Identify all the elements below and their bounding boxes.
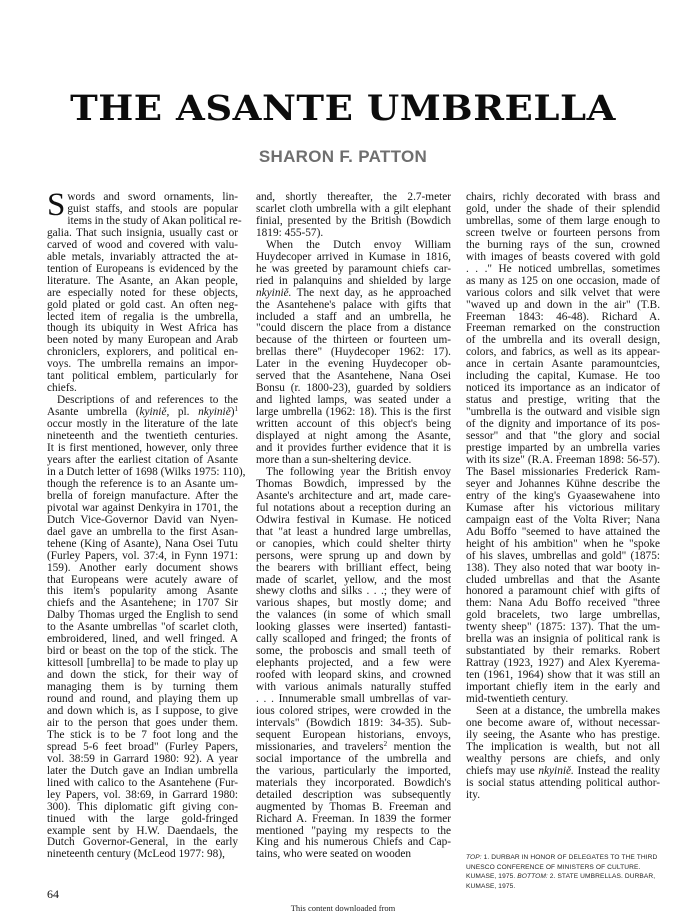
text-line: The implication is wealth, but not all xyxy=(466,742,660,754)
text-line: Adu Boffo "seemed to have attained the xyxy=(466,527,660,539)
text-line: tinued with the large gold-fringed xyxy=(47,814,238,826)
text-line: augmented by Thomas B. Freeman and xyxy=(256,802,451,814)
text-line: Huydecoper arrived in Kumase in 1816, xyxy=(256,252,451,264)
article-author: SHARON F. PATTON xyxy=(0,147,686,167)
text-line: spread 5-6 feet broad" (Furley Papers, xyxy=(47,742,238,754)
text-line: ley Papers, vol. 38:69, in Garrard 1980: xyxy=(47,790,238,802)
text-line: he was greeted by paramount chiefs car- xyxy=(256,264,451,276)
text-line: Richard A. Freeman. In 1839 the former xyxy=(256,814,451,826)
text-line: the Asantehene's palace with gifts that xyxy=(256,300,451,312)
text-line: entry of the king's Gyaasewahene into xyxy=(466,491,660,503)
figure-caption: TOP: 1. DURBAR IN HONOR OF DELEGATES TO … xyxy=(466,853,662,891)
text-line: . . ." He noticed umbrellas, sometimes xyxy=(466,264,660,276)
text-line: (Furley Papers, vol. 37:4, in Fynn 1971: xyxy=(47,551,238,563)
text-line: 138). They also noted that war booty in- xyxy=(466,563,660,575)
text-line: detailed description was subsequently xyxy=(256,790,451,802)
text-line: are especially noted for these objects, xyxy=(47,288,238,300)
text-line: Odwira festival in Kumase. He noticed xyxy=(256,515,451,527)
text-line: Asante's architecture and art, made care… xyxy=(256,491,451,503)
text-line: carved of wood and covered with valu- xyxy=(47,240,238,252)
text-line: later the Dutch gave an Indian umbrella xyxy=(47,766,238,778)
drop-cap: S xyxy=(47,193,65,217)
text-line: brella of foreign manufacture. After the xyxy=(47,491,238,503)
text-line: materials they incorporated. Bowdich's xyxy=(256,778,451,790)
text-line: Kumase after his victorious military xyxy=(466,503,660,515)
text-line: "waved up and down in the air" (T.B. xyxy=(466,300,660,312)
caption-top-label: TOP: xyxy=(466,854,482,861)
text-line: dael gave an umbrella to the first Asan- xyxy=(47,527,238,539)
text-line: 159). Another early document shows xyxy=(47,563,238,575)
text-column-1: S words and sword ornaments, lin-guist s… xyxy=(47,192,238,861)
column-lines: words and sword ornaments, lin-guist sta… xyxy=(47,192,238,861)
caption-bottom-label: BOTTOM: xyxy=(517,873,548,880)
text-line: various colors and silk velvet that were xyxy=(466,288,660,300)
text-line: campaign east of the Volta River; Nana xyxy=(466,515,660,527)
text-line: pivotal war against Denkyira in 1701, th… xyxy=(47,503,238,515)
text-line: chiefs may use nkyiniě. Instead the real… xyxy=(466,766,660,778)
text-column-3: chairs, richly decorated with brass andg… xyxy=(466,192,660,802)
article-title: THE ASANTE UMBRELLA xyxy=(0,88,686,129)
text-line: Dutch Vice-Governor David van Nyen- xyxy=(47,515,238,527)
text-line: persons, were sprung up and down by xyxy=(256,551,451,563)
text-line: the burning rays of the sun, crowned xyxy=(466,240,660,252)
text-line: the bearers with brilliant effect, being xyxy=(256,563,451,575)
text-line: tention of Europeans is evidenced by the xyxy=(47,264,238,276)
text-line: When the Dutch envoy William xyxy=(256,240,451,252)
text-line: height of his ambition" when he "spoke xyxy=(466,539,660,551)
text-line: the various, particularly the imported, xyxy=(256,766,451,778)
text-line: nkyiniě. The next day, as he approached xyxy=(256,288,451,300)
page-number: 64 xyxy=(47,887,59,902)
text-column-2: and, shortly thereafter, the 2.7-metersc… xyxy=(256,192,451,861)
text-line: or canopies, which could shelter thirty xyxy=(256,539,451,551)
text-line: 300). This diplomatic gift giving con- xyxy=(47,802,238,814)
text-line: tehene (King of Asante), Nana Osei Tutu xyxy=(47,539,238,551)
text-line: with images of beasts covered with gold xyxy=(466,252,660,264)
text-line: missionaries, and travelers2 mention the xyxy=(256,742,451,754)
text-line: tains, who were seated on wooden xyxy=(256,849,451,861)
text-line: lined with calico to the Asantehene (Fur… xyxy=(47,778,238,790)
text-line: ity. xyxy=(466,790,660,802)
text-line: vol. 38:59 in Garrard 1980: 92). A year xyxy=(47,754,238,766)
column-lines: and, shortly thereafter, the 2.7-metersc… xyxy=(256,192,451,861)
text-line: literature. The Asante, an Akan people, xyxy=(47,276,238,288)
column-lines: chairs, richly decorated with brass andg… xyxy=(466,192,660,802)
text-line: nineteenth century (McLeod 1977: 98), xyxy=(47,849,238,861)
text-line: ful notations about a reception during a… xyxy=(256,503,451,515)
text-line: gold plated or gold cast. An often neg- xyxy=(47,300,238,312)
text-line: social importance of the umbrella and xyxy=(256,754,451,766)
text-line: of his slaves, umbrellas and gold" (1875… xyxy=(466,551,660,563)
text-line: as many as 125 on one occasion, made of xyxy=(466,276,660,288)
text-line: is social status attending political aut… xyxy=(466,778,660,790)
text-line: that "at least a hundred large umbrellas… xyxy=(256,527,451,539)
download-footer: This content downloaded from xyxy=(0,903,686,913)
text-line: able metals, invariably attracted the at… xyxy=(47,252,238,264)
